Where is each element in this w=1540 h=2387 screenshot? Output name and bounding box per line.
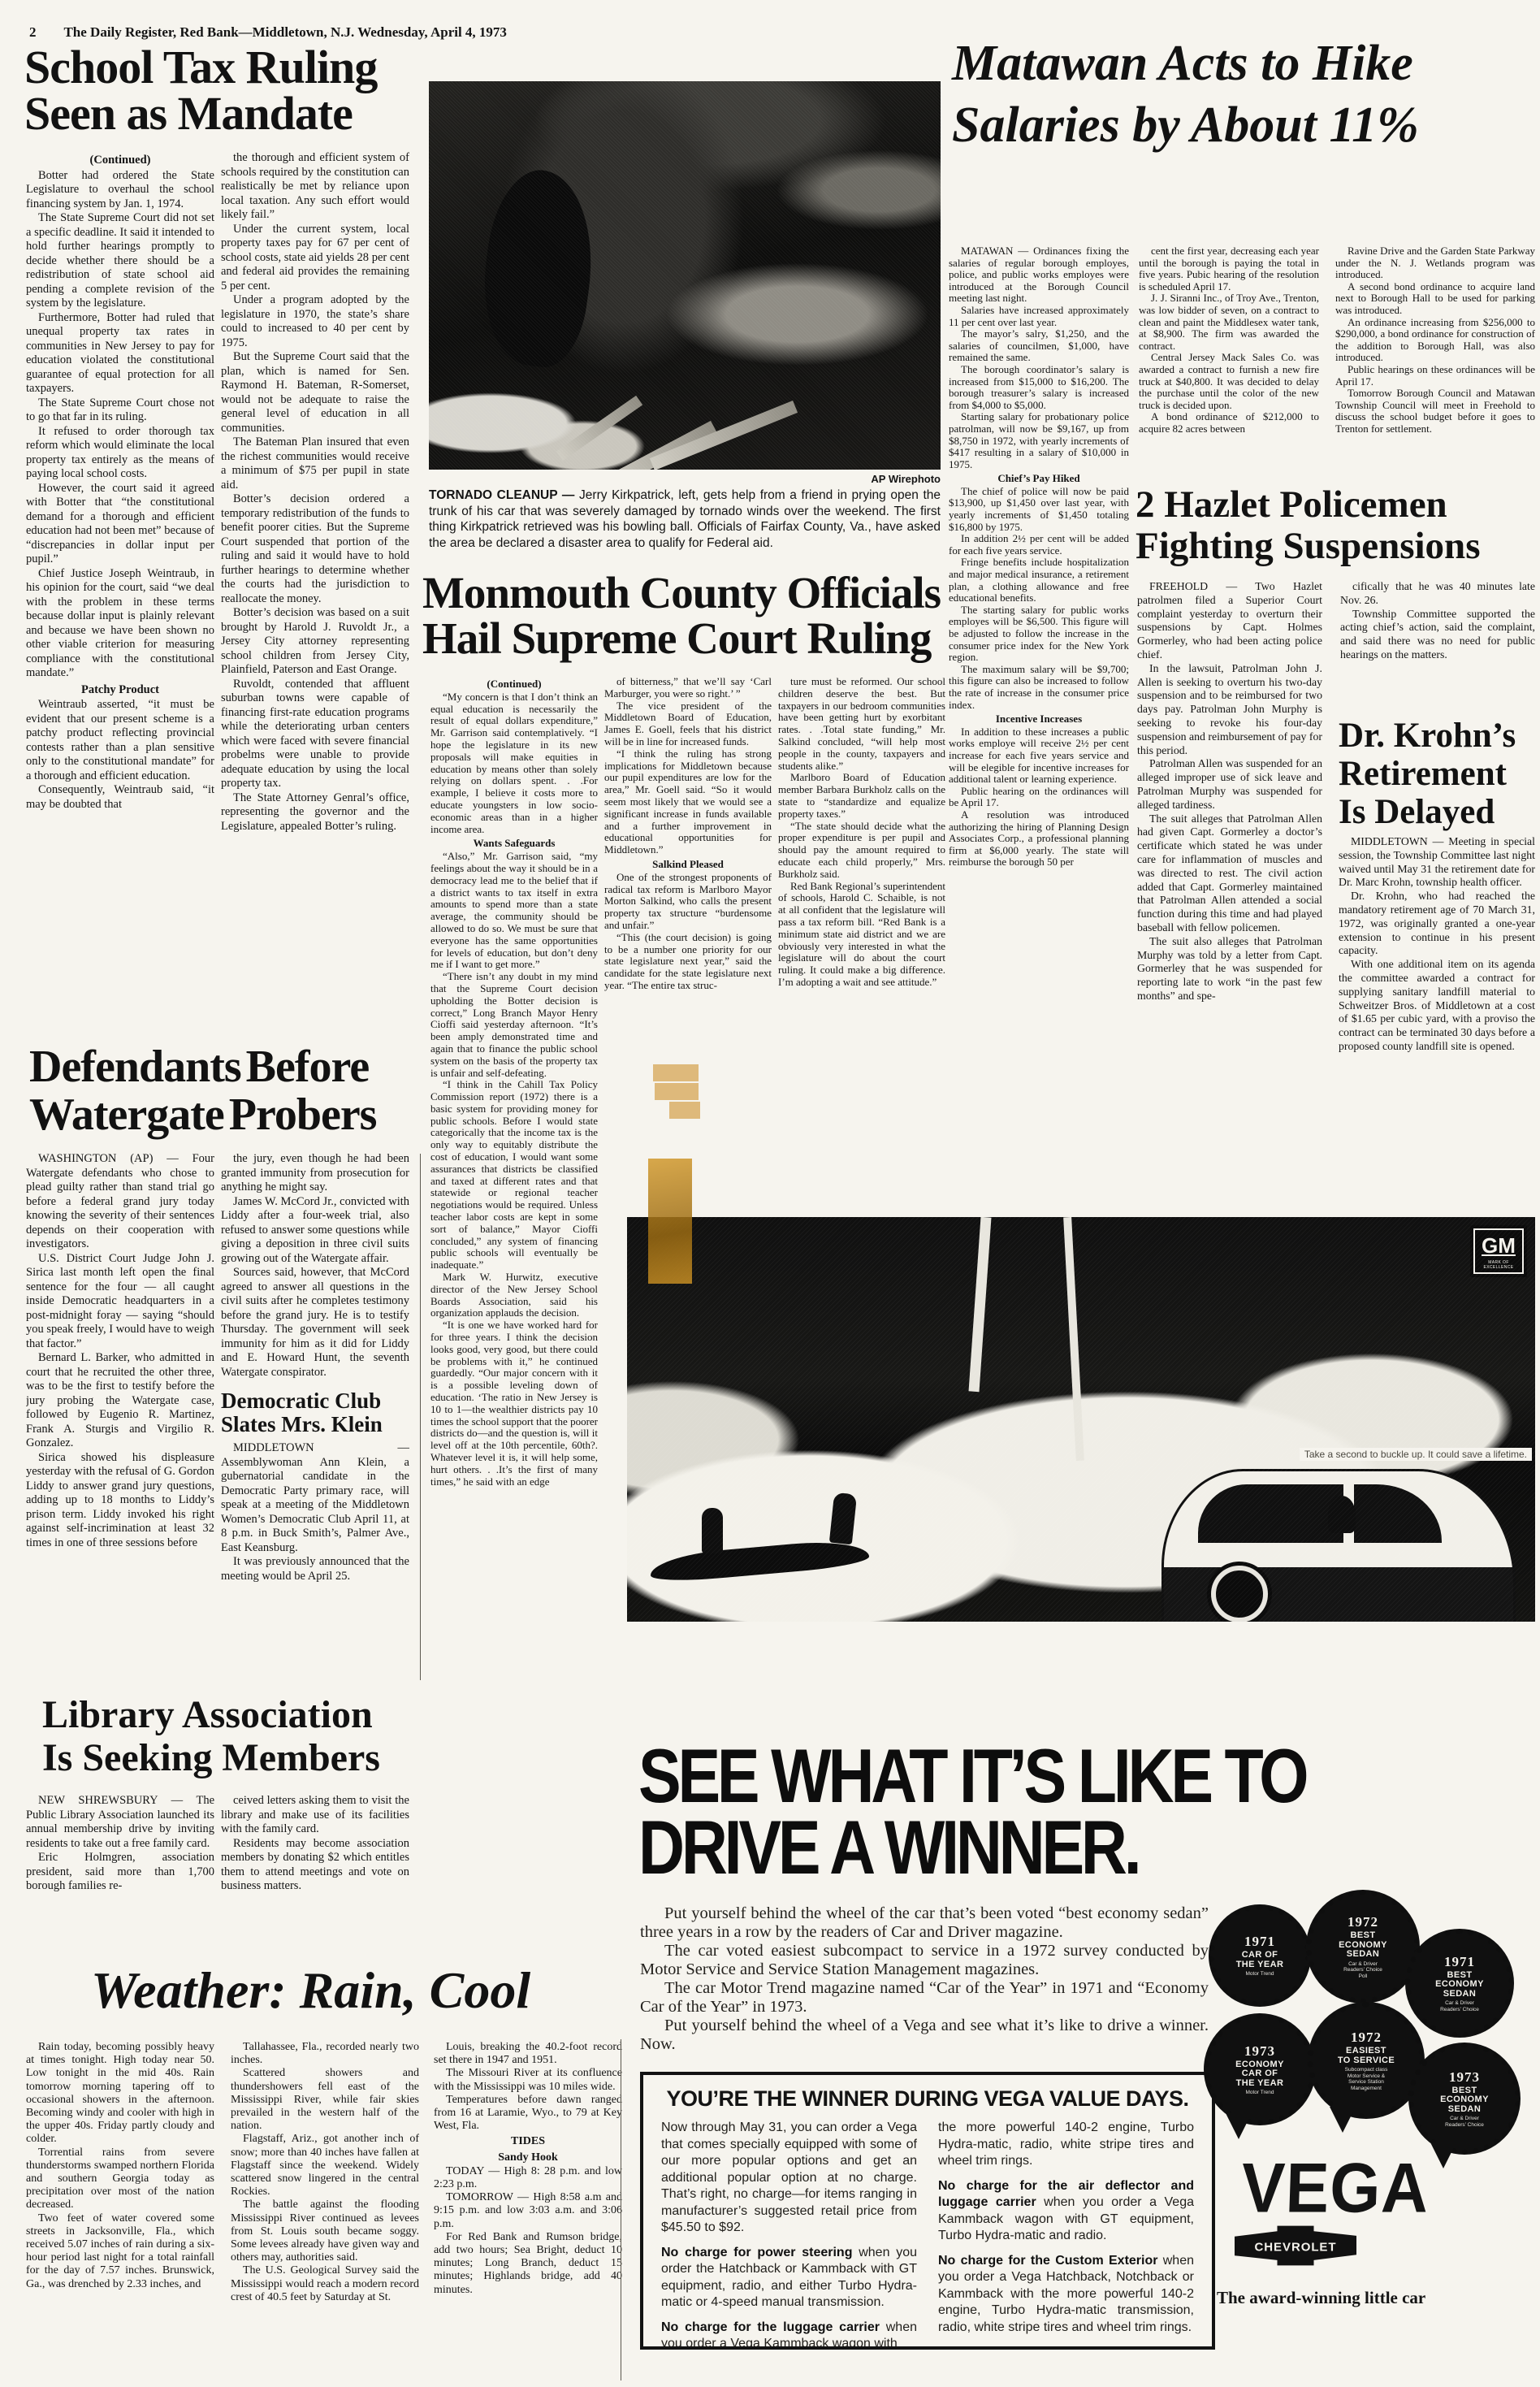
headline-line: Slates Mrs. Klein (221, 1413, 409, 1436)
medallion-credit: Car & Driver Readers’ Choice (1440, 2000, 1479, 2012)
paragraph: Weintraub asserted, “it must be evident … (26, 698, 214, 783)
masthead-text: The Daily Register, Red Bank—Middletown,… (63, 24, 506, 40)
medallion-credit: Motor Trend (1245, 1971, 1274, 1978)
headline-line: Salaries by About 11% (952, 94, 1540, 156)
paragraph: Patrolman Allen was suspended for an all… (1137, 757, 1322, 812)
paragraph: James W. McCord Jr., convicted with Lidd… (221, 1195, 409, 1267)
award-medallion: 1972 EASIEST TO SERVICE Subcompact class… (1308, 2002, 1425, 2119)
paragraph: Starting salary for probationary police … (949, 411, 1129, 470)
medallion-title: CAR OF THE YEAR (1236, 1951, 1284, 1969)
medallion-year: 1971 (1444, 1954, 1475, 1970)
paragraph: WASHINGTON (AP) — Four Watergate defenda… (26, 1152, 214, 1252)
paragraph: The car Motor Trend magazine named “Car … (640, 1979, 1209, 2017)
paragraph: But the Supreme Court said that the plan… (221, 350, 409, 435)
paragraph: The chief of police will now be paid $13… (949, 486, 1129, 533)
canoe-shape (649, 1537, 870, 1583)
paragraph: One of the strongest proponents of radic… (604, 872, 772, 932)
photo-credit: AP Wirephoto (429, 473, 941, 485)
paragraph: ceived letters asking them to visit the … (221, 1794, 409, 1837)
debris-plank (650, 401, 798, 470)
paragraph: the thorough and efficient system of sch… (221, 151, 409, 223)
paragraph: Central Jersey Mack Sales Co. was awarde… (1139, 352, 1319, 411)
paragraph: Public hearing on the ordinances will be… (949, 786, 1129, 809)
ad-intro: Put yourself behind the wheel of the car… (640, 1904, 1209, 2067)
paragraph: of bitterness,” that we’ll say ‘Carl Mar… (604, 676, 772, 700)
headline-line: SEE WHAT IT’S LIKE TO (638, 1740, 1305, 1812)
paragraph: No charge for the luggage carrier when y… (661, 2320, 917, 2350)
paragraph: With one additional item on its agenda t… (1339, 958, 1535, 1054)
paragraph: cifically that he was 40 minutes late No… (1340, 580, 1535, 608)
headline-klein: Democratic Club Slates Mrs. Klein (221, 1389, 409, 1436)
newspaper-page: 2 The Daily Register, Red Bank—Middletow… (0, 0, 1540, 2387)
paragraph: Botter’s decision was based on a suit br… (221, 606, 409, 678)
paragraph: It was previously announced that the mee… (221, 1555, 409, 1583)
medallion-title: BEST ECONOMY SEDAN (1339, 1931, 1387, 1960)
paragraph: Salaries have increased approximately 11… (949, 305, 1129, 328)
paragraph: Consequently, Weintraub said, “it may be… (26, 783, 214, 812)
vega-advertisement: GM MARK OF EXCELLENCE Take a second to b… (627, 1217, 1535, 2384)
headline-line: School Tax Ruling (24, 44, 439, 90)
paragraph: Bernard L. Barker, who admitted in court… (26, 1351, 214, 1451)
paragraph: Under the current system, local property… (221, 223, 409, 294)
paragraph: Sources said, however, that McCord agree… (221, 1266, 409, 1380)
paragraph: No charge for power steering when you or… (661, 2245, 917, 2311)
medallion-title: EASIEST TO SERVICE (1338, 2047, 1395, 2065)
school-tax-column-1: (Continued)Botter had ordered the State … (26, 151, 214, 1027)
paragraph: The battle against the flooding Mississi… (231, 2199, 419, 2264)
award-medallion: 1972 BEST ECONOMY SEDAN Car & Driver Rea… (1306, 1890, 1420, 2004)
headline-line: Retirement (1339, 755, 1540, 793)
paragraph: The suit also alleges that Patrolman Mur… (1137, 935, 1322, 1003)
photo-caption: TORNADO CLEANUP — Jerry Kirkpatrick, lef… (429, 487, 941, 551)
matawan-column-1: MATAWAN — Ordinances fixing the salaries… (949, 245, 1129, 1163)
medallion-year: 1972 (1347, 1914, 1378, 1930)
watergate-column-2: the jury, even though he had been grante… (221, 1152, 409, 1682)
car-wheel (1211, 1566, 1268, 1622)
caption-lead: TORNADO CLEANUP — (429, 488, 574, 502)
headline-line: Democratic Club (221, 1389, 409, 1413)
car-window (1198, 1484, 1442, 1543)
medallion-credit: Car & Driver Readers’ Choice (1445, 2116, 1484, 2128)
masthead: 2 The Daily Register, Red Bank—Middletow… (29, 24, 507, 41)
paragraph: Under a program adopted by the legislatu… (221, 293, 409, 350)
paragraph: “This (the court decision) is going to b… (604, 932, 772, 992)
paragraph: Louis, breaking the 40.2-foot record set… (434, 2041, 622, 2067)
paragraph: Tomorrow Borough Council and Matawan Tow… (1335, 388, 1535, 435)
paragraph: Temperatures before dawn ranged from 16 … (434, 2094, 622, 2134)
tree-trunk (1063, 1217, 1084, 1461)
column-rule (621, 2039, 621, 2381)
headline-line: Watergate Probers (29, 1091, 452, 1139)
hazlet-column-1: FREEHOLD — Two Hazlet patrolmen filed a … (1137, 580, 1322, 1163)
krohn-column: MIDDLETOWN — Meeting in special session,… (1339, 835, 1535, 1167)
paragraph: A second bond ordinance to acquire land … (1335, 281, 1535, 317)
paragraph: However, the court said it agreed with B… (26, 482, 214, 567)
matawan-column-3: Ravine Drive and the Garden State Parkwa… (1335, 245, 1535, 483)
headline-line: DRIVE A WINNER. (638, 1812, 1305, 1883)
paragraph: The borough coordinator’s salary is incr… (949, 364, 1129, 411)
school-tax-column-2: the thorough and efficient system of sch… (221, 151, 409, 1027)
headline-line: Library Association (42, 1693, 465, 1736)
headline-hazlet: 2 Hazlet Policemen Fighting Suspensions (1136, 484, 1540, 567)
medallion-year: 1972 (1351, 2030, 1382, 2046)
paragraph: Put yourself behind the wheel of a Vega … (640, 2017, 1209, 2054)
subheading: (Continued) (430, 678, 598, 691)
medallion-credit: Subcompact class Motor Service & Service… (1345, 2067, 1388, 2091)
paragraph: The U.S. Geological Survey said the Miss… (231, 2264, 419, 2304)
paragraph: Tallahassee, Fla., recorded nearly two i… (231, 2041, 419, 2067)
paragraph: Furthermore, Botter had ruled that unequ… (26, 311, 214, 396)
hazlet-column-2: cifically that he was 40 minutes late No… (1340, 580, 1535, 715)
paragraph: Township Committee supported the acting … (1340, 608, 1535, 662)
paragraph: “I think the ruling has strong implicati… (604, 748, 772, 856)
paragraph: “The state should decide what the proper… (778, 821, 945, 881)
chevrolet-bowtie-logo: CHEVROLET (1235, 2225, 1356, 2267)
headline-library: Library Association Is Seeking Members (42, 1693, 465, 1779)
award-medallion: 1973 BEST ECONOMY SEDAN Car & Driver Rea… (1408, 2043, 1521, 2155)
paragraph: Two feet of water covered some streets i… (26, 2212, 214, 2291)
monmouth-column-1: (Continued)“My concern is that I don’t t… (430, 676, 598, 1683)
weather-column-1: Rain today, becoming possibly heavy at t… (26, 2041, 214, 2384)
paragraph: MIDDLETOWN — Meeting in special session,… (1339, 835, 1535, 890)
headline-matawan: Matawan Acts to Hike Salaries by About 1… (952, 32, 1540, 156)
person-silhouette (473, 164, 604, 372)
headline-school-tax: School Tax Ruling Seen as Mandate (24, 44, 439, 136)
paragraph: In the lawsuit, Patrolman John J. Allen … (1137, 662, 1322, 758)
paragraph: J. J. Siranni Inc., of Troy Ave., Trento… (1139, 292, 1319, 352)
paragraph: Torrential rains from severe thunderstor… (26, 2147, 214, 2212)
paragraph: MIDDLETOWN — Assemblywoman Ann Klein, a … (221, 1441, 409, 1555)
paragraph: The maximum salary will be $9,700; this … (949, 664, 1129, 711)
paragraph: “It is one we have worked hard for for t… (430, 1319, 598, 1488)
bold-lead: No charge for the luggage carrier (661, 2320, 880, 2334)
medallion-year: 1971 (1244, 1934, 1275, 1950)
buckle-up-note: Take a second to buckle up. It could sav… (1300, 1448, 1532, 1461)
paragraph: Red Bank Regional’s superintendent of sc… (778, 881, 945, 989)
gm-logo-sub: MARK OF EXCELLENCE (1475, 1260, 1522, 1270)
debris-plank (603, 421, 718, 470)
ad-headline: SEE WHAT IT’S LIKE TO DRIVE A WINNER. (638, 1740, 1305, 1883)
paragraph: The car voted easiest subcompact to serv… (640, 1942, 1209, 1979)
tree-trunk (969, 1217, 992, 1392)
headline-line: 2 Hazlet Policemen (1136, 484, 1540, 526)
paragraph: Sirica showed his displeasure yesterday … (26, 1451, 214, 1551)
driver-silhouette (1328, 1496, 1356, 1533)
paragraph: The Bateman Plan insured that even the r… (221, 435, 409, 492)
chevrolet-label: CHEVROLET (1255, 2241, 1337, 2255)
paragraph: No charge for the Custom Exterior when y… (938, 2253, 1194, 2337)
paragraph: ture must be reformed. Our school childr… (778, 676, 945, 772)
paragraph: NEW SHREWSBURY — The Public Library Asso… (26, 1794, 214, 1851)
vega-wordmark: VEGA (1240, 2153, 1430, 2223)
medallion-title: ECONOMY CAR OF THE YEAR (1235, 2060, 1284, 2089)
ad-box-title: YOU’RE THE WINNER DURING VEGA VALUE DAYS… (650, 2086, 1205, 2112)
paragraph: Botter had ordered the State Legislature… (26, 169, 214, 212)
paragraph: In addition to these increases a public … (949, 726, 1129, 786)
paragraph: Rain today, becoming possibly heavy at t… (26, 2041, 214, 2147)
paragraph: Public hearings on these ordinances will… (1335, 364, 1535, 388)
headline-line: Seen as Mandate (24, 90, 439, 136)
award-medallion: 1971 BEST ECONOMY SEDAN Car & Driver Rea… (1405, 1929, 1514, 2038)
ad-tagline: The award-winning little car (1217, 2288, 1425, 2308)
medallion-credit: Motor Trend (1245, 2090, 1274, 2096)
paragraph: Ravine Drive and the Garden State Parkwa… (1335, 245, 1535, 281)
paragraph: TODAY — High 8: 28 p.m. and low 2:23 p.m… (434, 2165, 622, 2191)
headline-line: Fighting Suspensions (1136, 526, 1540, 567)
headline-monmouth: Monmouth County Officials Hail Supreme C… (422, 570, 950, 661)
subheading: Chief’s Pay Hiked (949, 473, 1129, 485)
library-column-1: NEW SHREWSBURY — The Public Library Asso… (26, 1794, 214, 1966)
paragraph: the jury, even though he had been grante… (221, 1152, 409, 1195)
paragraph: For Red Bank and Rumson bridge, add two … (434, 2231, 622, 2297)
bold-lead: No charge for power steering (661, 2246, 852, 2259)
headline-weather: Weather: Rain, Cool (91, 1965, 676, 2017)
paragraph: FREEHOLD — Two Hazlet patrolmen filed a … (1137, 580, 1322, 662)
headline-line: Matawan Acts to Hike (952, 32, 1540, 94)
paragraph: Ruvoldt, contended that affluent suburba… (221, 678, 409, 791)
paragraph: U.S. District Court Judge John J. Sirica… (26, 1252, 214, 1352)
paragraph: “My concern is that I don’t think an equ… (430, 691, 598, 836)
medallion-credit: Car & Driver Readers’ Choice Poll (1343, 1961, 1382, 1980)
paragraph: “There isn’t any doubt in my mind that t… (430, 971, 598, 1079)
medallion-year: 1973 (1244, 2043, 1275, 2060)
headline-line: Dr. Krohn’s (1339, 717, 1540, 755)
paragraph: Mark W. Hurwitz, executive director of t… (430, 1271, 598, 1319)
paddler-figure (702, 1508, 723, 1553)
bold-lead: No charge for the Custom Exterior (938, 2254, 1157, 2268)
page-number: 2 (29, 24, 37, 40)
klein-text: MIDDLETOWN — Assemblywoman Ann Klein, a … (221, 1441, 409, 1583)
paragraph: Residents may become association members… (221, 1837, 409, 1894)
library-column-2: ceived letters asking them to visit the … (221, 1794, 409, 1966)
paragraph: Chief Justice Joseph Weintraub, in his o… (26, 567, 214, 681)
paragraph: Fringe benefits include hospitalization … (949, 557, 1129, 604)
paragraph: Put yourself behind the wheel of the car… (640, 1904, 1209, 1942)
subheading: Wants Safeguards (430, 838, 598, 850)
paragraph: The mayor’s salry, $1,250, and the salar… (949, 328, 1129, 364)
award-medallion: 1973 ECONOMY CAR OF THE YEAR Motor Trend (1204, 2013, 1316, 2125)
debris-plank (556, 396, 642, 461)
paragraph: The State Attorney Genral’s office, repr… (221, 791, 409, 834)
paragraph: “I think in the Cahill Tax Policy Commis… (430, 1079, 598, 1271)
headline-line: Defendants Before (29, 1043, 452, 1091)
paddler-figure (829, 1492, 857, 1545)
headline-line: Hail Supreme Court Ruling (422, 616, 950, 661)
ad-illustration: GM MARK OF EXCELLENCE Take a second to b… (627, 1217, 1535, 1622)
paragraph: The State Supreme Court did not set a sp… (26, 211, 214, 311)
paragraph: “Also,” Mr. Garrison said, “my feelings … (430, 851, 598, 971)
watergate-column-2-text: the jury, even though he had been grante… (221, 1152, 409, 1380)
paragraph: TOMORROW — High 8:58 a.m and 9:15 p.m. a… (434, 2191, 622, 2231)
paragraph: Scattered showers and thundershowers fel… (231, 2067, 419, 2133)
medallion-title: BEST ECONOMY SEDAN (1435, 1971, 1484, 1999)
medallion-title: BEST ECONOMY SEDAN (1440, 2086, 1489, 2115)
headline-line: Is Delayed (1339, 793, 1540, 831)
subheading: TIDES (434, 2135, 622, 2148)
ad-box-columns: Now through May 31, you can order a Vega… (643, 2120, 1212, 2350)
paragraph: Dr. Krohn, who had reached the mandatory… (1339, 890, 1535, 958)
headline-line: Is Seeking Members (42, 1736, 465, 1779)
headline-krohn: Dr. Krohn’s Retirement Is Delayed (1339, 717, 1540, 831)
paragraph: No charge for the air deflector and lugg… (938, 2178, 1194, 2245)
paragraph: Flagstaff, Ariz., got another inch of sn… (231, 2133, 419, 2199)
paragraph: The starting salary for public works emp… (949, 604, 1129, 664)
watergate-column-1: WASHINGTON (AP) — Four Watergate defenda… (26, 1152, 214, 1682)
vega-car-shape (1161, 1469, 1516, 1622)
weather-column-3: Louis, breaking the 40.2-foot record set… (434, 2041, 622, 2384)
matawan-column-2: cent the first year, decreasing each yea… (1139, 245, 1319, 483)
paragraph: cent the first year, decreasing each yea… (1139, 245, 1319, 292)
subheading: (Continued) (26, 154, 214, 168)
subheading: Sandy Hook (434, 2151, 622, 2164)
paragraph: Now through May 31, you can order a Vega… (661, 2120, 917, 2237)
bold-lead: No charge for the air deflector and lugg… (938, 2179, 1194, 2210)
ad-box-column-1: Now through May 31, you can order a Vega… (661, 2120, 917, 2350)
paragraph: The suit alleges that Patrolman Allen ha… (1137, 812, 1322, 935)
medallion-year: 1973 (1449, 2069, 1480, 2086)
subheading: Salkind Pleased (604, 859, 772, 871)
paragraph: An ordinance increasing from $256,000 to… (1335, 317, 1535, 364)
paragraph: The vice president of the Middletown Boa… (604, 700, 772, 748)
paragraph: It refused to order thorough tax reform … (26, 425, 214, 482)
paragraph: A resolution was introduced authorizing … (949, 809, 1129, 869)
gm-logo: GM MARK OF EXCELLENCE (1473, 1228, 1524, 1274)
weather-column-2: Tallahassee, Fla., recorded nearly two i… (231, 2041, 419, 2384)
award-medallion: 1971 CAR OF THE YEAR Motor Trend (1209, 1904, 1311, 2007)
tornado-photo (429, 81, 941, 470)
monmouth-column-3: ture must be reformed. Our school childr… (778, 676, 945, 1163)
headline-line: Monmouth County Officials (422, 570, 950, 616)
subheading: Patchy Product (26, 683, 214, 698)
paragraph: the more powerful 140-2 engine, Turbo Hy… (938, 2120, 1194, 2170)
subheading: Incentive Increases (949, 713, 1129, 726)
paragraph: Botter’s decision ordered a temporary re… (221, 492, 409, 606)
paragraph: The Missouri River at its confluence wit… (434, 2067, 622, 2093)
paragraph: Eric Holmgren, association president, sa… (26, 1851, 214, 1894)
vega-value-days-box: YOU’RE THE WINNER DURING VEGA VALUE DAYS… (640, 2072, 1215, 2350)
headline-watergate: Defendants Before Watergate Probers (29, 1043, 452, 1139)
paragraph: In addition 2½ per cent will be added fo… (949, 533, 1129, 557)
gm-logo-letters: GM (1475, 1233, 1522, 1258)
paragraph: Marlboro Board of Education member Barba… (778, 772, 945, 820)
ad-box-column-2: the more powerful 140-2 engine, Turbo Hy… (938, 2120, 1194, 2350)
headline-line: Weather: Rain, Cool (91, 1965, 676, 2017)
monmouth-column-2: of bitterness,” that we’ll say ‘Carl Mar… (604, 676, 772, 1206)
column-rule (420, 1154, 421, 1680)
paragraph: MATAWAN — Ordinances fixing the salaries… (949, 245, 1129, 305)
paragraph: The State Supreme Court chose not to go … (26, 396, 214, 425)
paragraph: A bond ordinance of $212,000 to acquire … (1139, 411, 1319, 435)
